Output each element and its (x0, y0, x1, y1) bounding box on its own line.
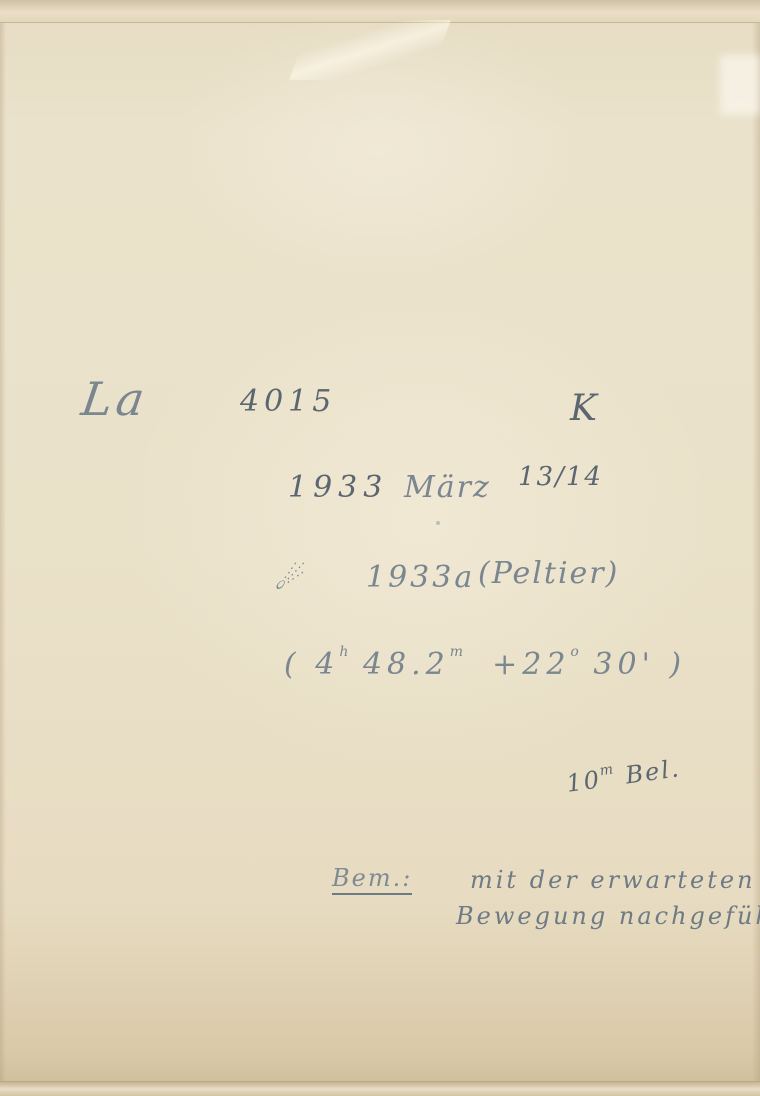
comet-discoverer: (Peltier) (478, 556, 619, 591)
ra-minutes-unit: m (450, 644, 463, 660)
catalog-prefix: La (78, 372, 152, 426)
coordinates: ( 4h 48.2m +22o 30' ) (284, 644, 686, 682)
declination-minutes: 30' (593, 647, 654, 682)
remark-label: Bem.: (332, 864, 412, 895)
date-year: 1933 (288, 470, 388, 505)
catalog-number: 4015 (240, 384, 336, 419)
coords-close-paren: ) (669, 647, 686, 682)
ink-speck (436, 521, 440, 525)
date-month: März (404, 470, 491, 505)
comet-designation: 1933a (366, 560, 475, 595)
classification-mark: K (570, 388, 599, 429)
date-days: 13/14 (518, 462, 603, 492)
ra-hours: 4 (315, 647, 339, 682)
paper-right-edge (752, 0, 760, 1096)
remark-line-2: Bewegung nachgeführt. (456, 902, 760, 930)
light-reflection (720, 55, 760, 115)
comet-symbol-icon: ☄ (274, 562, 303, 597)
top-crease (289, 20, 451, 80)
exposure-value: 10 (565, 765, 603, 798)
coords-open-paren: ( (284, 647, 301, 682)
dec-degree-unit: o (570, 644, 578, 660)
ra-minutes: 48.2 (363, 647, 450, 682)
ra-hours-unit: h (339, 644, 348, 660)
paper-sheet (0, 0, 760, 1096)
declination-degrees: +22 (492, 647, 570, 682)
remark-line-1: mit der erwarteten (470, 866, 756, 894)
paper-left-edge (0, 0, 6, 1096)
exposure-unit: m (599, 761, 616, 779)
bottom-fold (0, 1081, 760, 1096)
